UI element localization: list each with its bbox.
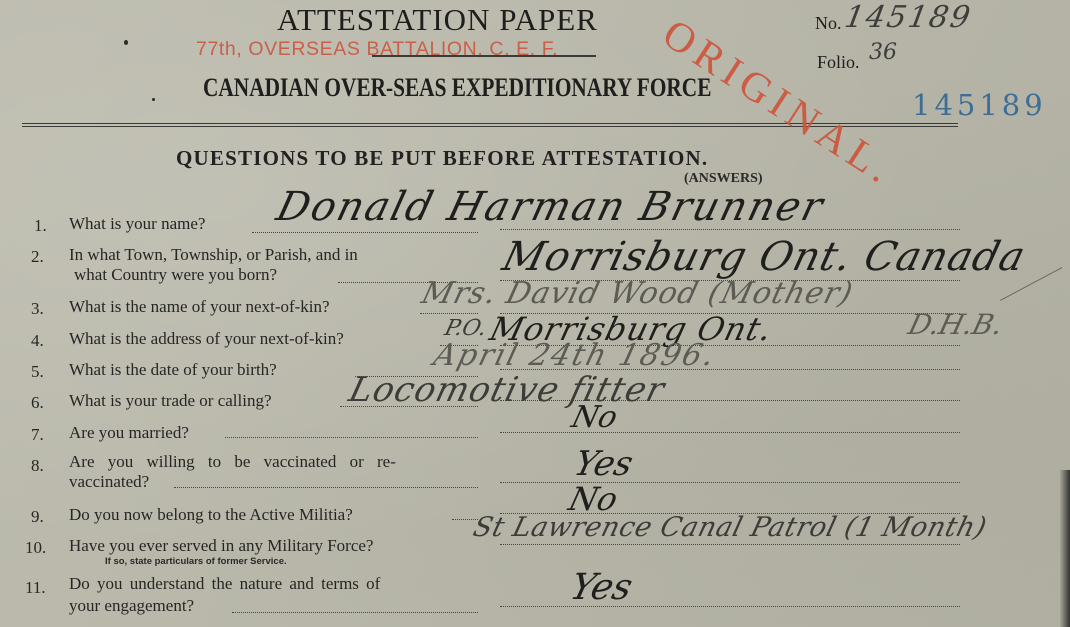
question-number: 1.: [34, 216, 47, 236]
answer-name: Donald Harman Brunner: [272, 184, 829, 230]
questions-heading: QUESTIONS TO BE PUT BEFORE ATTESTATION.: [176, 146, 708, 171]
answer-line: [500, 482, 960, 483]
document-title: ATTESTATION PAPER: [277, 2, 598, 38]
question-note: If so, state particulars of former Servi…: [105, 556, 287, 567]
question-text: Do you now belong to the Active Militia?: [69, 505, 353, 525]
folio-label: Folio.: [817, 52, 860, 73]
battalion-stamp: 77th, OVERSEAS BATTALION, C. E. F.: [196, 38, 558, 61]
regimental-no-label: No.: [815, 13, 842, 34]
answer-vaccinated: Yes: [570, 444, 637, 484]
question-number: 7.: [31, 425, 44, 445]
answer-birthplace: Morrisburg Ont. Canada: [498, 234, 1030, 280]
regimental-no-value: 145189: [842, 0, 975, 35]
answer-next-of-kin: Mrs. David Wood (Mother): [418, 276, 857, 311]
question-leader-dots: [225, 437, 478, 438]
question-text: What is the name of your next-of-kin?: [69, 297, 330, 317]
ink-speck: [152, 98, 155, 101]
force-heading: CANADIAN OVER-SEAS EXPEDITIONARY FORCE: [203, 73, 711, 103]
question-number: 9.: [31, 507, 44, 527]
question-text: What is the date of your birth?: [69, 360, 277, 380]
question-number: 2.: [31, 247, 44, 267]
question-text: vaccinated?: [69, 472, 149, 492]
question-number: 5.: [31, 362, 44, 382]
question-number: 8.: [31, 456, 44, 476]
answer-married: No: [568, 400, 621, 435]
question-number: 10.: [25, 538, 46, 558]
question-leader-dots: [232, 612, 478, 613]
folio-value: 36: [869, 40, 897, 65]
question-text: Are you willing to be vaccinated or re-: [69, 452, 396, 472]
strike-through-line: [372, 55, 596, 57]
answer-engagement: Yes: [566, 567, 637, 608]
question-text: Have you ever served in any Military For…: [69, 536, 373, 556]
question-leader-dots: [420, 313, 478, 314]
question-number: 4.: [31, 331, 44, 351]
answer-line: [500, 544, 960, 545]
question-number: 6.: [31, 393, 44, 413]
question-text: what Country were you born?: [74, 265, 277, 285]
margin-initials: D.H.B.: [905, 308, 1006, 341]
question-text: What is your trade or calling?: [69, 391, 272, 411]
question-number: 3.: [31, 299, 44, 319]
serial-number-stamp: 145189: [912, 88, 1047, 122]
question-text: In what Town, Township, or Parish, and i…: [69, 245, 358, 265]
answer-trade: Locomotive fitter: [345, 370, 669, 410]
question-leader-dots: [174, 487, 478, 488]
ink-speck: [124, 40, 128, 45]
question-number: 11.: [25, 578, 46, 598]
page-fold-shadow: [1060, 470, 1070, 627]
answer-military-service: St Lawrence Canal Patrol (1 Month): [470, 512, 990, 543]
question-leader-dots: [252, 232, 478, 233]
question-leader-dots: [452, 519, 478, 520]
question-text: Do you understand the nature and terms o…: [69, 574, 380, 594]
question-text: What is your name?: [69, 214, 205, 234]
question-text: Are you married?: [69, 423, 189, 443]
answer-birth-date: April 24th 1896.: [430, 338, 720, 373]
question-text: your engagement?: [69, 596, 194, 616]
question-text: What is the address of your next-of-kin?: [69, 329, 344, 349]
